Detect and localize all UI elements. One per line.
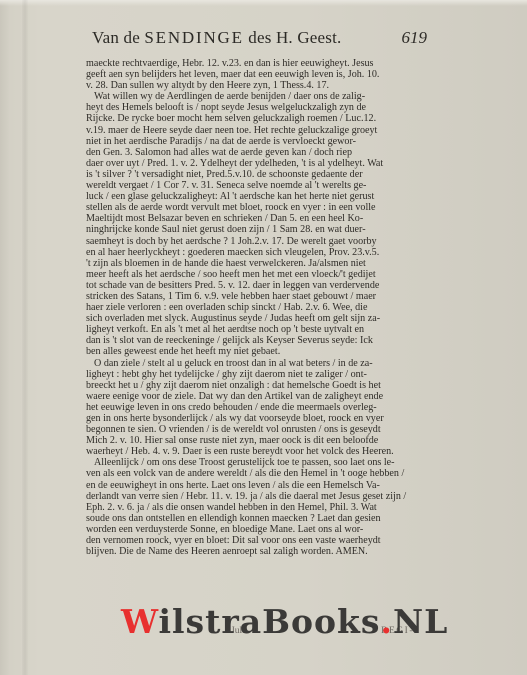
text-line: ben alles geweest ende het heeft my niet… xyxy=(86,346,426,357)
text-line: is 't silver ? 't versadight niet, Pred.… xyxy=(86,169,426,180)
text-line: 't zijn als bloemen in de hande die haes… xyxy=(86,258,426,269)
text-line: worden een verduysterde Sonne, en bloedi… xyxy=(86,524,426,535)
book-page: Van de SENDINGE des H. Geest. 619 maeckt… xyxy=(0,0,527,675)
text-line: en de eeuwigheyt in ons herte. Laet ons … xyxy=(86,480,426,491)
text-line: haer ziele verloren : een overladen schi… xyxy=(86,302,426,313)
text-line: blijven. Die de Name des Heeren aenroept… xyxy=(86,546,426,557)
text-line-paragraph-start: Wat willen wy de Aerdlingen de aerde ben… xyxy=(86,91,426,102)
watermark-wilstrabooks: WilstraBooks.NL xyxy=(121,602,448,641)
text-line: en al haer heerlyckheyt : goederen maeck… xyxy=(86,247,426,258)
running-title: Van de SENDINGE des H. Geest. xyxy=(92,28,342,48)
text-line: gen in ons herte bysonderlijck / als wy … xyxy=(86,413,426,424)
text-line: heyt des Hemels belooft is / nopt seyde … xyxy=(86,102,426,113)
page-top-edge xyxy=(0,0,527,6)
text-line: derlandt van verre sien / Hebr. 11. v. 1… xyxy=(86,491,426,502)
text-line: Mich 2. v. 10. Hier sal onse ruste niet … xyxy=(86,435,426,446)
text-line-paragraph-start: Alleenlijck / om ons dese Troost geruste… xyxy=(86,457,426,468)
text-line: ninghrijcke konde Saul niet gerust doen … xyxy=(86,224,426,235)
watermark-name: ilstraBooks xyxy=(158,602,380,641)
running-title-caps: SENDINGE xyxy=(144,28,243,47)
page-header: Van de SENDINGE des H. Geest. 619 xyxy=(92,28,427,48)
text-line: dan is 't slot van de reeckeninge / geli… xyxy=(86,335,426,346)
text-line: stellen als de aerde wordt vervult met b… xyxy=(86,202,426,213)
watermark-tld: NL xyxy=(393,602,448,641)
text-line: ven als een volck van de andere wereldt … xyxy=(86,468,426,479)
text-line: meer heeft als het aerdsche / soo heeft … xyxy=(86,269,426,280)
text-line: breeckt het u / ghy zijt daerom niet onz… xyxy=(86,380,426,391)
text-line: stricken des Satans, 1 Tim 6. v.9. vele … xyxy=(86,291,426,302)
text-line: ligheyt verkoft. En als 't met al het ae… xyxy=(86,324,426,335)
text-line: niet in het aerdische Paradijs / na dat … xyxy=(86,136,426,147)
page-gutter-fold xyxy=(22,0,28,675)
watermark-initial: W xyxy=(121,602,158,641)
text-line: wereldt vergaet / 1 Cor 7. v. 31. Seneca… xyxy=(86,180,426,191)
text-line-paragraph-start: O dan ziele / stelt al u geluck en troos… xyxy=(86,358,426,369)
text-line: Rijcke. De rycke boer mocht hem selven g… xyxy=(86,113,426,124)
text-line: tot schade van de besitters Pred. 5. v. … xyxy=(86,280,426,291)
running-title-suffix: des H. Geest. xyxy=(244,28,342,47)
text-line: sich overladen met slyck. Augustinus sey… xyxy=(86,313,426,324)
text-line: daer over uyt / Pred. 1. v. 2. Ydelheyt … xyxy=(86,158,426,169)
text-line: maeckte rechtvaerdige, Hebr. 12. v.23. e… xyxy=(86,58,426,69)
watermark-dot: . xyxy=(381,602,394,641)
text-line: waere eenige voor de ziele. Dat wy dan d… xyxy=(86,391,426,402)
body-text: maeckte rechtvaerdige, Hebr. 12. v.23. e… xyxy=(86,58,426,557)
text-line: Maeltijdt most Belsazar beven en schriek… xyxy=(86,213,426,224)
text-line: ligheyt : hebt ghy het tydelijcke / ghy … xyxy=(86,369,426,380)
text-line: het eeuwige leven in ons credo behouden … xyxy=(86,402,426,413)
text-line: begonnen te sien. O vrienden / is de wer… xyxy=(86,424,426,435)
page-number: 619 xyxy=(402,28,428,48)
text-line: waerheyt / Heb. 4. v. 9. Daer is een rus… xyxy=(86,446,426,457)
text-line: Eph. 2. v. 6. ja / als die onsen wandel … xyxy=(86,502,426,513)
text-line: den Gen. 3. Salomon had alles wat de aer… xyxy=(86,147,426,158)
text-line: luck / een glase geluckzaligheyt: Al 't … xyxy=(86,191,426,202)
text-line: v.19. maer de Heere seyde daer neen toe.… xyxy=(86,125,426,136)
text-line: saemheyt is doch by het aerdsche ? 1 Joh… xyxy=(86,236,426,247)
text-line: soude ons dan ontstellen en ellendigh ko… xyxy=(86,513,426,524)
text-line: den vernomen roock, vyer en bloet: Dit s… xyxy=(86,535,426,546)
text-line: geeft aen syn belijders het leven, maer … xyxy=(86,69,426,80)
running-title-prefix: Van de xyxy=(92,28,144,47)
text-line: v. 28. Dan sullen wy altydt by den Heere… xyxy=(86,80,426,91)
